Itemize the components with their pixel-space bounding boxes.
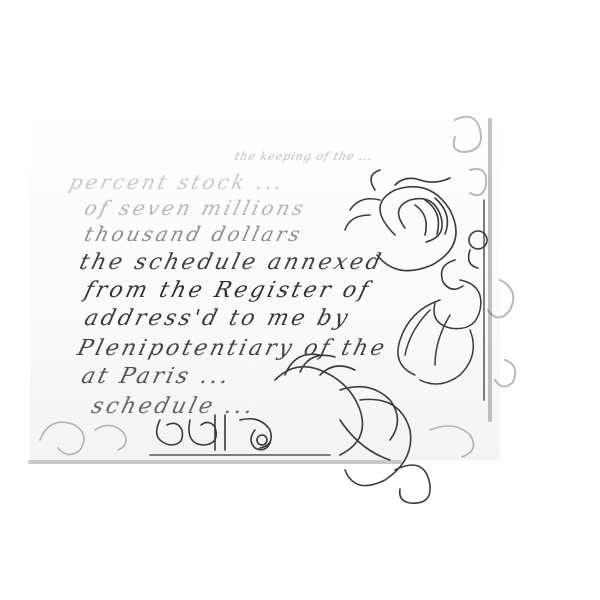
artwork-canvas: the keeping of the ... percent stock ...…: [0, 0, 600, 600]
baroque-corner-ornament: [0, 0, 600, 600]
